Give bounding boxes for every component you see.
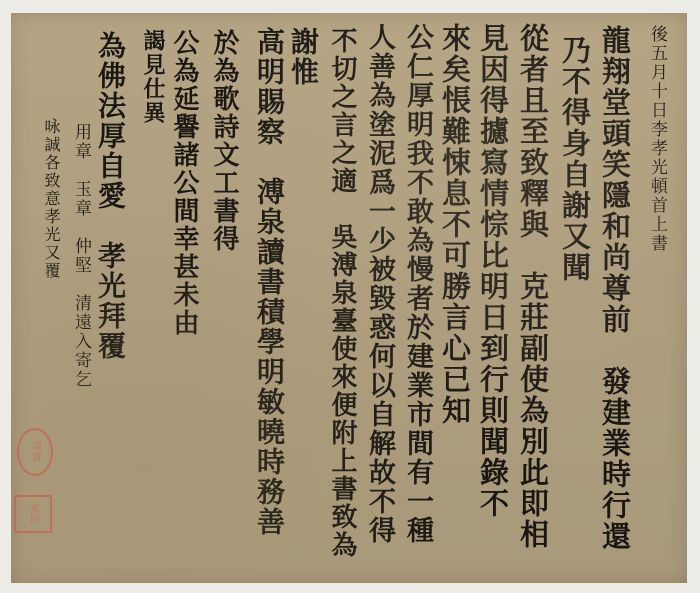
column-3: 乃不得身自謝又聞: [560, 35, 589, 283]
column-2: 龍翔堂頭笑隱和尚尊前 發建業時行還: [600, 25, 629, 552]
column-4: 從者且至致釋與 克莊副使為別此即相: [518, 23, 547, 550]
column-10: 謝惟: [289, 27, 317, 87]
collector-seal-oval: 清賞: [17, 428, 53, 476]
letter-paper: 後五月十日李孝光頓首上書 龍翔堂頭笑隱和尚尊前 發建業時行還 乃不得身自謝又聞 …: [11, 13, 687, 583]
column-5: 見因得攄寫情悰比明日到行則聞錄不: [478, 23, 507, 519]
column-14: 謁見仕異: [142, 29, 164, 125]
column-15: 為佛法厚自愛 孝光拜覆: [96, 31, 124, 361]
column-9: 不切之言之適 吳溥泉臺使來便附上書致為: [329, 27, 355, 559]
column-1: 後五月十日李孝光頓首上書: [648, 25, 665, 253]
column-7: 公仁厚明我不敢為慢者於建業市間有一種: [404, 23, 431, 545]
column-17: 咏誠各致意孝光又覆: [43, 118, 59, 280]
column-8: 人善為塗泥爲一少被毀惑何以自解故不得: [366, 23, 393, 545]
column-16: 用章 玉章 仲堅 清遠入寄乞: [72, 123, 89, 389]
column-11: 高明賜察 溥泉讀書積學明敏曉時務善: [255, 27, 283, 537]
column-12: 於為歌詩文工書得: [211, 29, 237, 253]
collector-seal-square: 東印: [14, 495, 52, 533]
column-13: 公為延譽諸公間幸甚未由: [171, 29, 197, 337]
column-6: 來矣悵難悚息不可勝言心已知: [440, 23, 469, 426]
